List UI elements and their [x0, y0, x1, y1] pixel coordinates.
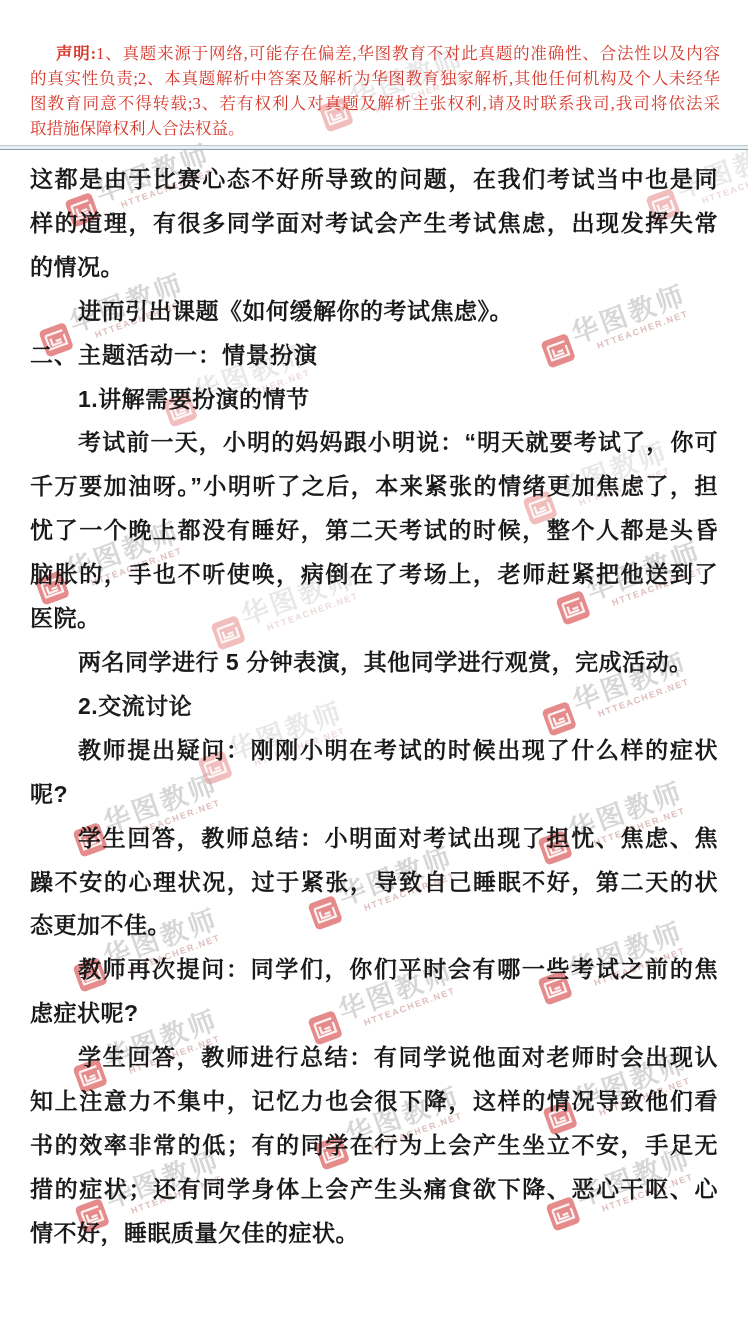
body-line: 这都是由于比赛心态不好所导致的问题，在我们考试当中也是同	[30, 158, 718, 202]
body-line: 态更加不佳。	[30, 904, 718, 948]
body-line: 教师提出疑问：刚刚小明在考试的时候出现了什么样的症状	[30, 729, 718, 773]
disclaimer-line: 声明:1、真题来源于网络,可能存在偏差,华图教育不对此真题的准确性、合法性以及内…	[30, 41, 720, 66]
body-line: 虑症状呢?	[30, 992, 718, 1036]
document-page: 华图教师HTTEACHER.NET华图教师HTTEACHER.NET华图教师HT…	[0, 0, 748, 1335]
body-line: 呢?	[30, 773, 718, 817]
section-divider	[0, 145, 748, 150]
disclaimer-line: 取措施保障权利人合法权益。	[30, 116, 720, 141]
disclaimer-label: 声明:	[56, 44, 96, 63]
body-line: 2.交流讨论	[30, 685, 718, 729]
body-line: 1.讲解需要扮演的情节	[30, 378, 718, 422]
body-line: 学生回答，教师总结：小明面对考试出现了担忧、焦虑、焦	[30, 817, 718, 861]
body-line: 学生回答，教师进行总结：有同学说他面对老师时会出现认	[30, 1036, 718, 1080]
body-line: 考试前一天，小明的妈妈跟小明说：“明天就要考试了，你可	[30, 421, 718, 465]
disclaimer-line: 的真实性负责;2、本真题解析中答案及解析为华图教育独家解析,其他任何机构及个人未…	[30, 66, 720, 91]
body-line: 医院。	[30, 597, 718, 641]
body-line: 情不好，睡眠质量欠佳的症状。	[30, 1212, 718, 1256]
body-line: 千万要加油呀。”小明听了之后，本来紧张的情绪更加焦虑了，担	[30, 465, 718, 509]
body-line: 措的症状；还有同学身体上会产生头痛食欲下降、恶心干呕、心	[30, 1168, 718, 1212]
body-line: 书的效率非常的低；有的同学在行为上会产生坐立不安，手足无	[30, 1124, 718, 1168]
body-text: 这都是由于比赛心态不好所导致的问题，在我们考试当中也是同 样的道理，有很多同学面…	[30, 158, 718, 1256]
body-line: 脑胀的，手也不听使唤，病倒在了考场上，老师赶紧把他送到了	[30, 553, 718, 597]
body-line: 的情况。	[30, 246, 718, 290]
body-line: 躁不安的心理状况，过于紧张，导致自己睡眠不好，第二天的状	[30, 861, 718, 905]
body-line: 知上注意力不集中，记忆力也会很下降，这样的情况导致他们看	[30, 1080, 718, 1124]
section-heading: 二、主题活动一：情景扮演	[30, 334, 718, 378]
body-line: 样的道理，有很多同学面对考试会产生考试焦虑，出现发挥失常	[30, 202, 718, 246]
body-line: 进而引出课题《如何缓解你的考试焦虑》。	[30, 290, 718, 334]
body-line: 两名同学进行 5 分钟表演，其他同学进行观赏，完成活动。	[30, 641, 718, 685]
disclaimer-line: 图教育同意不得转载;3、若有权利人对真题及解析主张权利,请及时联系我司,我司将依…	[30, 91, 720, 116]
disclaimer-line-text: 1、真题来源于网络,可能存在偏差,华图教育不对此真题的准确性、合法性以及内容	[96, 44, 720, 63]
body-line: 教师再次提问：同学们，你们平时会有哪一些考试之前的焦	[30, 948, 718, 992]
body-line: 忧了一个晚上都没有睡好，第二天考试的时候，整个人都是头昏	[30, 509, 718, 553]
disclaimer: 声明:1、真题来源于网络,可能存在偏差,华图教育不对此真题的准确性、合法性以及内…	[30, 41, 720, 141]
